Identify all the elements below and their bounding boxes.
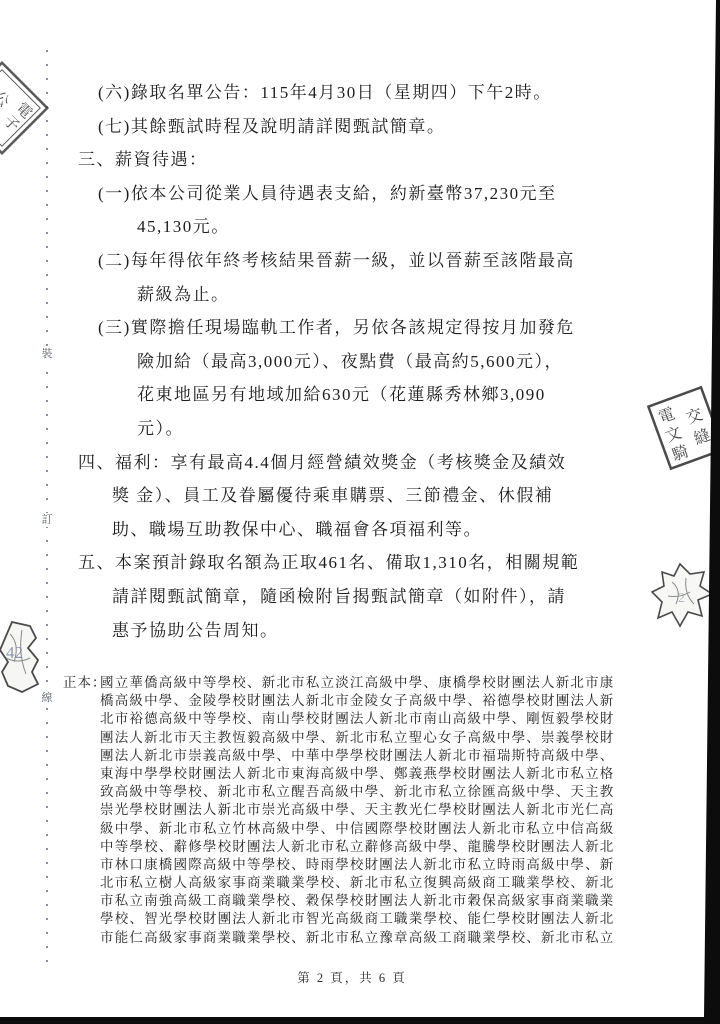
recipient-line: 市私立南強高級工商職業學校、穀保學校財團法人新北市穀保高級家事商業職業 [100, 892, 660, 910]
document-paper: 裝 訂 線 電 子 公 文 電 文 騎 交 縫 [0, 0, 720, 1024]
body-text-line: 元）。 [137, 412, 700, 446]
body-text-line: 三、薪資待遇： [78, 143, 700, 177]
body-text-line: (一)依本公司從業人員待遇表支給，約新臺幣37,230元至 [98, 177, 700, 211]
body-text-line: 獎 金）、員工及眷屬優待乘車購票、三節禮金、休假補 [112, 479, 700, 513]
body-text-line: 花東地區另有地域加給630元（花蓮縣秀林鄉3,090 [137, 378, 700, 412]
recipient-line: 北市私立樹人高級家事商業職業學校、新北市私立復興高級商工職業學校、新北 [100, 874, 660, 892]
document-body: (六)錄取名單公告：115年4月30日（星期四）下午2時。(七)其餘甄試時程及說… [0, 76, 700, 647]
recipient-line: 橋高級中學、金陵學校財團法人新北市金陵女子高級中學、裕德學校財團法人新 [100, 692, 660, 710]
recipient-line: 崇光學校財團法人新北市崇光高級中學、天主教光仁學校財團法人新北市光仁高 [100, 801, 660, 819]
body-text-line: 助、職場互助教保中心、職福會各項福利等。 [112, 513, 700, 547]
recipient-line: 級中學、新北市私立竹林高級中學、中信國際學校財團法人新北市私立中信高級 [100, 820, 660, 838]
recipient-line: 市能仁高級家事商業職業學校、新北市私立豫章高級工商職業學校、新北市私立 [100, 929, 660, 947]
body-text-line: 四、福利：享有最高4.4個月經營績效獎金（考核獎金及績效 [78, 446, 700, 480]
body-text-line: (二)每年得依年終考核結果晉薪一級，並以晉薪至該階最高 [98, 244, 700, 278]
recipient-line: 國立華僑高級中等學校、新北市私立淡江高級中學、康橋學校財團法人新北市康 [100, 674, 660, 692]
recipient-line: 團法人新北市天主教恆毅高級中學、新北市私立聖心女子高級中學、崇義學校財 [100, 729, 660, 747]
body-text-line: 薪級為止。 [137, 278, 700, 312]
recipient-line: 團法人新北市崇義高級中學、中華中學學校財團法人新北市福瑞斯特高級中學、 [100, 747, 660, 765]
body-text-line: 五、本案預計錄取名額為正取461名、備取1,310名，相關規範 [78, 546, 700, 580]
recipient-line: 致高級中等學校、新北市私立醒吾高級中學、新北市私立徐匯高級中學、天主教 [100, 783, 660, 801]
body-text-line: 惠予協助公告周知。 [112, 614, 700, 648]
body-text-line: (三)實際擔任現場臨軌工作者，另依各該規定得按月加發危 [98, 311, 700, 345]
recipient-line: 中等學校、辭修學校財團法人新北市私立辭修高級中學、龍騰學校財團法人新北 [100, 838, 660, 856]
recipient-line: 北市裕德高級中等學校、南山學校財團法人新北市南山高級中學、剛恆毅學校財 [100, 710, 660, 728]
recipient-line: 學校、智光學校財團法人新北市智光高級商工職業學校、能仁學校財團法人新北 [100, 910, 660, 928]
scanned-document-page: 裝 訂 線 電 子 公 文 電 文 騎 交 縫 [0, 0, 720, 1024]
body-text-line: (六)錄取名單公告：115年4月30日（星期四）下午2時。 [98, 76, 700, 110]
body-text-line: (七)其餘甄試時程及說明請詳閱甄試簡章。 [98, 110, 700, 144]
recipient-line: 市林口康橋國際高級中等學校、時雨學校財團法人新北市私立時雨高級中學、新 [100, 856, 660, 874]
body-text-line: 45,130元。 [137, 210, 700, 244]
body-text-line: 請詳閱甄試簡章，隨函檢附旨揭甄試簡章（如附件），請 [112, 580, 700, 614]
page-number-footer: 第 2 頁，共 6 頁 [0, 968, 704, 988]
body-text-line: 險加給（最高3,000元）、夜點費（最高約5,600元）， [137, 345, 700, 379]
recipients-list: 國立華僑高級中等學校、新北市私立淡江高級中學、康橋學校財團法人新北市康橋高級中學… [100, 674, 660, 947]
recipient-line: 東海中學學校財團法人新北市東海高級中學、鄭義燕學校財團法人新北市私立格 [100, 765, 660, 783]
binding-mark-xian: 線 [40, 691, 54, 705]
